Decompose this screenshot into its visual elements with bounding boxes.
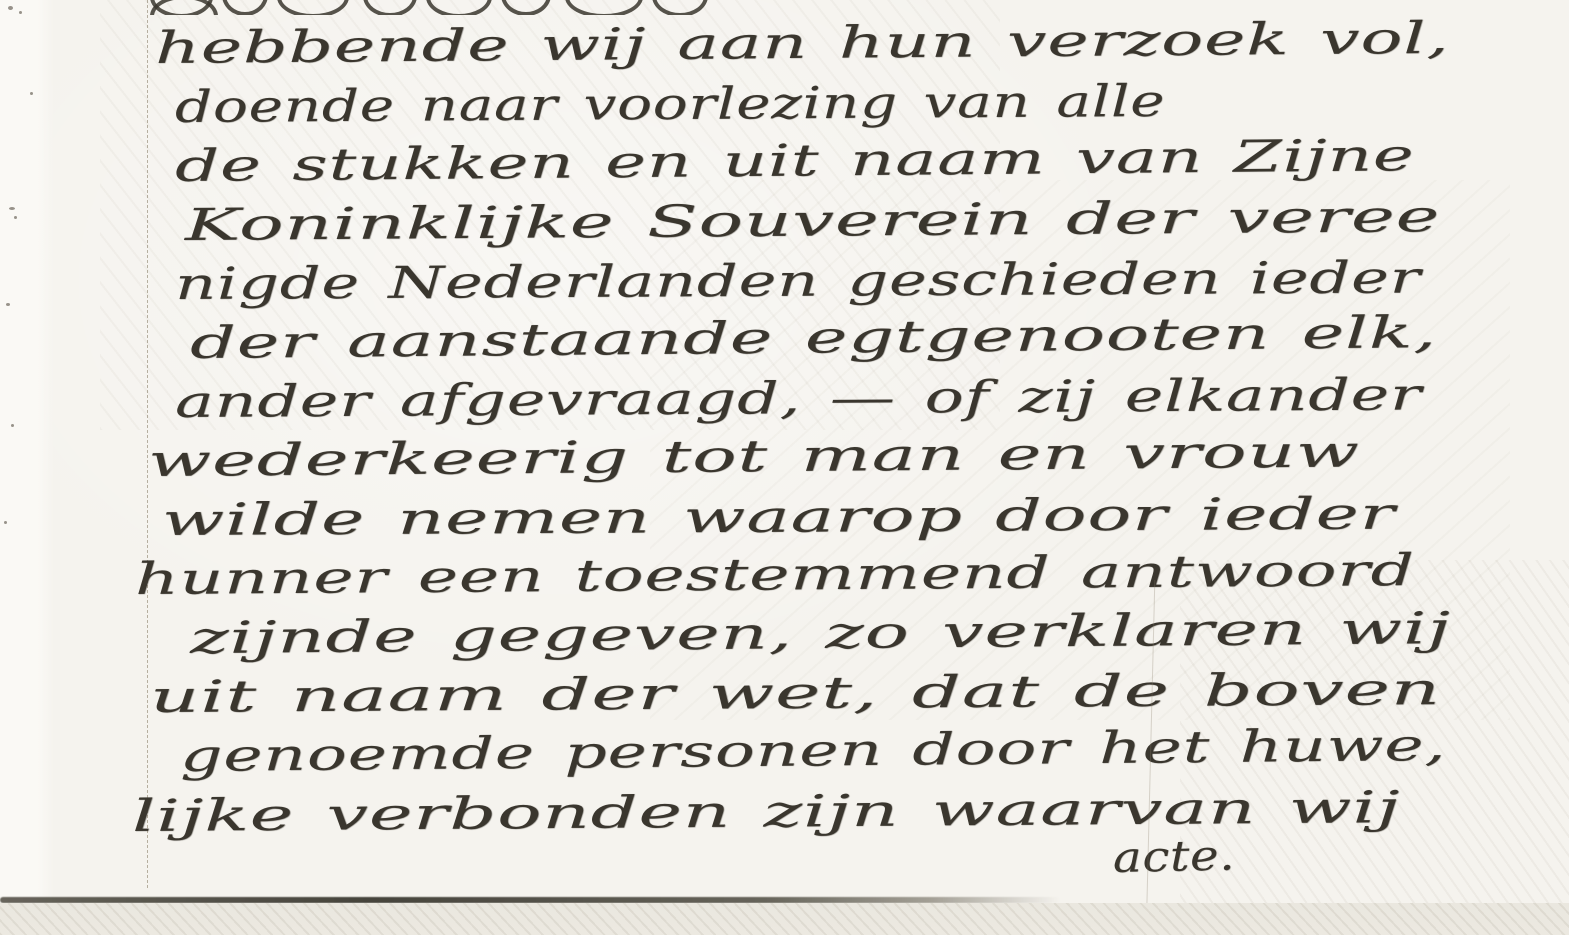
ink-speck bbox=[19, 11, 22, 14]
ink-speck bbox=[4, 521, 7, 524]
handwritten-line: wederkeerig tot man en vrouw bbox=[148, 424, 1360, 490]
handwritten-line: doende naar voorlezing van alle bbox=[175, 74, 1166, 136]
ink-speck bbox=[9, 207, 15, 210]
closing-word: acte. bbox=[1112, 827, 1235, 886]
ink-speck bbox=[30, 92, 33, 95]
page-left-edge bbox=[0, 0, 54, 935]
handwritten-line: genoemde personen door het huwe, bbox=[180, 718, 1447, 785]
ink-speck bbox=[11, 424, 14, 427]
handwritten-line: hunner een toestemmend antwoord bbox=[135, 543, 1415, 608]
ink-speck bbox=[8, 6, 13, 10]
handwritten-line: de stukken en uit naam van Zijne bbox=[175, 128, 1415, 195]
handwritten-line: ander afgevraagd, — of zij elkander bbox=[175, 367, 1422, 431]
handwritten-line: hebbende wij aan hun verzoek vol, bbox=[155, 11, 1450, 77]
handwritten-line: wilde nemen waarop door ieder bbox=[162, 487, 1396, 549]
handwritten-line: nigde Nederlanden geschieden ieder bbox=[175, 250, 1421, 313]
handwritten-line: uit naam der wet, dat de boven bbox=[150, 662, 1441, 726]
handwritten-line: der aanstaande egtgenooten elk, bbox=[190, 305, 1437, 372]
ink-speck bbox=[14, 216, 17, 219]
handwritten-line: Koninklijke Souverein der veree bbox=[185, 189, 1441, 254]
document-scan: hebbende wij aan hun verzoek vol, doende… bbox=[0, 0, 1569, 935]
handwritten-line: zijnde gegeven, zo verklaren wij bbox=[190, 601, 1451, 667]
cut-off-line-fragment bbox=[150, 0, 750, 15]
ink-speck bbox=[6, 303, 10, 306]
next-page-strip bbox=[0, 903, 1569, 935]
